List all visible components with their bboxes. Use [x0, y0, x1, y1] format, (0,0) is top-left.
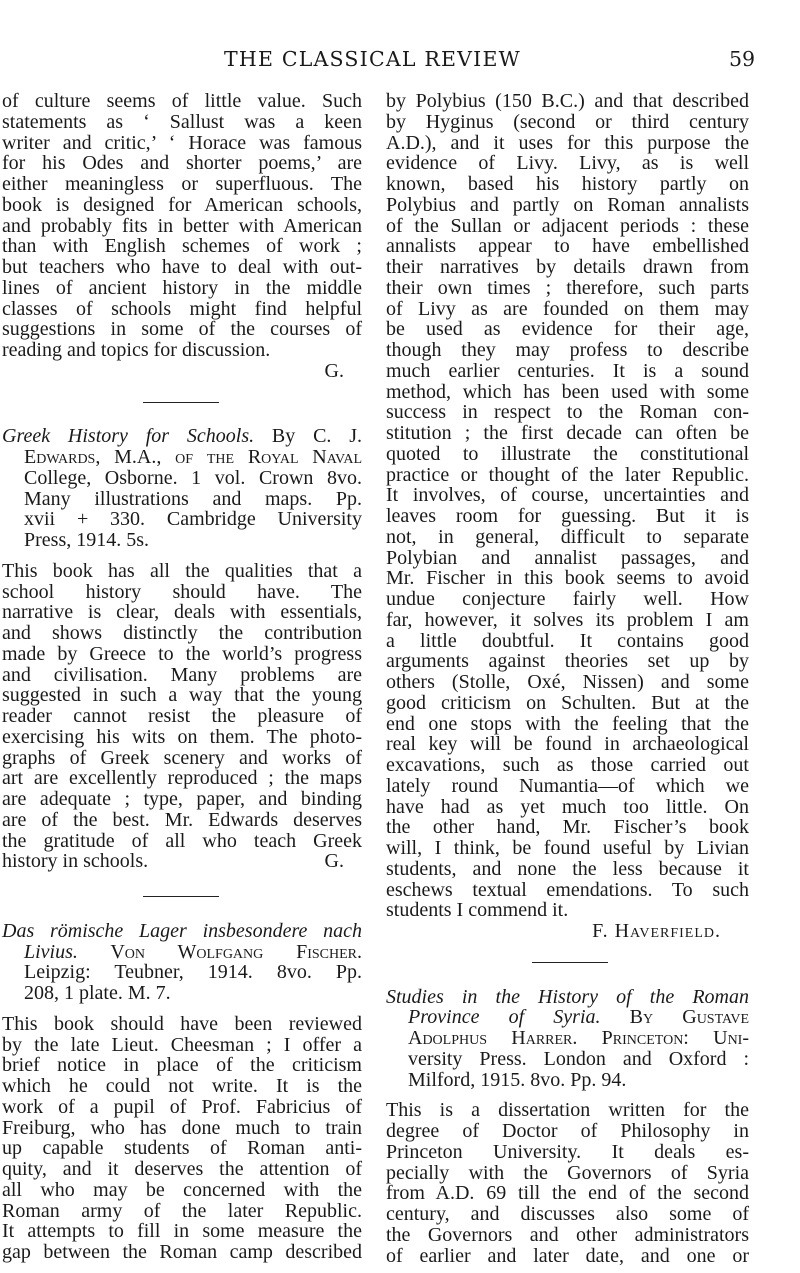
text-line: the gratitude of all who teach Greek	[2, 831, 362, 852]
section-divider	[2, 886, 362, 907]
reviewer-signature: G.	[2, 361, 362, 382]
text-line: others (Stolle, Oxé, Nissen) and some	[386, 672, 749, 693]
text-line: made by Greece to the world’s progress	[2, 644, 362, 665]
text-line: This book should have been reviewed	[2, 1014, 362, 1035]
text-line: suggestions in some of the courses of	[2, 319, 362, 340]
text-line: Roman army of the later Republic.	[2, 1201, 362, 1222]
text-line: graphs of Greek scenery and works of	[2, 748, 362, 769]
text-line: up capable students of Roman anti-	[2, 1138, 362, 1159]
text-line: excavations, such as those carried out	[386, 755, 749, 776]
review-body: This book should have been reviewed by t…	[2, 1014, 362, 1263]
text-line: and probably fits in better with America…	[2, 216, 362, 237]
text-line: Polybian and annalist passages, and	[386, 548, 749, 569]
text-line: and shows distinctly the contribution	[2, 623, 362, 644]
review-body: This book has all the qualities that a s…	[2, 561, 362, 872]
text-line: be used as evidence for their age,	[386, 319, 749, 340]
text-line: leaves room for guessing. But it is	[386, 506, 749, 527]
text-line: all who may be concerned with the	[2, 1180, 362, 1201]
book-title: Studies in the History of the Roman	[386, 987, 749, 1008]
review-heading: Greek History for Schools. By C. J. Edwa…	[2, 426, 362, 551]
text-line: Mr. Fischer in this book seems to avoid	[386, 568, 749, 589]
text-line: by Hyginus (second or third century	[386, 112, 749, 133]
heading-line: Milford, 1915. 8vo. Pp. 94.	[386, 1070, 749, 1091]
page-header: THE CLASSICAL REVIEW 59	[0, 47, 800, 77]
text-line: by the late Lieut. Cheesman ; I offer a	[2, 1035, 362, 1056]
text-line: quoted to illustrate the constitutional	[386, 444, 749, 465]
text-line: This is a dissertation written for the	[386, 1100, 749, 1121]
text-line: either meaningless or superfluous. The	[2, 174, 362, 195]
text-line: suggested in such a way that the young	[2, 685, 362, 706]
text-line: and civilisation. Many problems are	[2, 665, 362, 686]
text-line: method, which has been used with some	[386, 382, 749, 403]
text-line: Princeton University. It deals es-	[386, 1142, 749, 1163]
text-line: far, however, it solves its problem I am	[386, 610, 749, 631]
text-line: classes of schools might find helpful	[2, 299, 362, 320]
text-line: students, and none the less because it	[386, 859, 749, 880]
text-line: from A.D. 69 till the end of the second	[386, 1183, 749, 1204]
text-line: than with English schemes of work ;	[2, 236, 362, 257]
book-title: Das römische Lager insbesondere nach	[2, 921, 362, 942]
text-line: arguments against theories set up by	[386, 651, 749, 672]
text-line: will, I think, be found useful by Livian	[386, 838, 749, 859]
text-line: reader cannot resist the pleasure of	[2, 706, 362, 727]
text-line: students I commend it.	[386, 900, 749, 921]
text-line: pecially with the Governors of Syria	[386, 1163, 749, 1184]
running-title: THE CLASSICAL REVIEW	[224, 47, 521, 71]
text-line: stitution ; the first decade can often b…	[386, 423, 749, 444]
review-romische-lager-continued: by Polybius (150 B.C.) and that describe…	[386, 91, 749, 942]
heading-line: Livius. Von Wolfgang Fischer.	[2, 942, 362, 963]
text-line: have had as yet much too little. On	[386, 797, 749, 818]
text-line: narrative is clear, deals with essential…	[2, 602, 362, 623]
review-heading: Das römische Lager insbesondere nach Liv…	[2, 921, 362, 1004]
text-line: It involves, of course, uncertainties an…	[386, 485, 749, 506]
text-line: known, based his history partly on	[386, 174, 749, 195]
text-line: book is designed for American schools,	[2, 195, 362, 216]
right-column: by Polybius (150 B.C.) and that describe…	[386, 91, 749, 1266]
text-line: the Governors and other administrators	[386, 1225, 749, 1246]
heading-line: versity Press. London and Oxford :	[386, 1049, 749, 1070]
text-line: a little doubtful. It contains good	[386, 631, 749, 652]
heading-line: Press, 1914. 5s.	[2, 530, 362, 551]
heading-line: 208, 1 plate. M. 7.	[2, 983, 362, 1004]
continued-review-text: of culture seems of little value. Such s…	[2, 91, 362, 382]
text-line: century, and discusses also some of	[386, 1204, 749, 1225]
text-line: of the Sullan or adjacent periods : thes…	[386, 216, 749, 237]
text-line: by Polybius (150 B.C.) and that describe…	[386, 91, 749, 112]
text-line: are adequate ; type, paper, and binding	[2, 789, 362, 810]
section-divider	[2, 392, 362, 413]
review-body: This is a dissertation written for the d…	[386, 1100, 749, 1266]
text-line: statements as ‘ Sallust was a keen	[2, 112, 362, 133]
review-roman-syria: Studies in the History of the Roman Prov…	[386, 987, 749, 1267]
text-line: brief notice in place of the criticism	[2, 1055, 362, 1076]
text-line: eschews textual emendations. To such	[386, 880, 749, 901]
page-number: 59	[729, 47, 755, 71]
review-greek-history: Greek History for Schools. By C. J. Edwa…	[2, 426, 362, 872]
text-line: It attempts to fill in some measure the	[2, 1221, 362, 1242]
text-line: real key will be found in archaeological	[386, 734, 749, 755]
text-line: undue conjecture fairly well. How	[386, 589, 749, 610]
text-line: of culture seems of little value. Such	[2, 91, 362, 112]
text-line: end one stops with the feeling that the	[386, 714, 749, 735]
text-line: degree of Doctor of Philosophy in	[386, 1121, 749, 1142]
heading-line: Many illustrations and maps. Pp.	[2, 489, 362, 510]
text-line: which he could not write. It is the	[2, 1076, 362, 1097]
text-line: school history should have. The	[2, 582, 362, 603]
text-line: not, in general, difficult to separate	[386, 527, 749, 548]
text-line: the other hand, Mr. Fischer’s book	[386, 817, 749, 838]
text-line: of earlier and later date, and one or	[386, 1246, 749, 1267]
review-romische-lager: Das römische Lager insbesondere nach Liv…	[2, 921, 362, 1263]
text-line: lines of ancient history in the middle	[2, 278, 362, 299]
heading-line: Leipzig: Teubner, 1914. 8vo. Pp.	[2, 962, 362, 983]
text-line: good criticism on Schulten. But at the	[386, 693, 749, 714]
text-line: Polybius and partly on Roman annalists	[386, 195, 749, 216]
text-line: history in schools.G.	[2, 851, 362, 872]
text-line: success in respect to the Roman con-	[386, 402, 749, 423]
reviewer-signature: F. Haverfield.	[386, 921, 749, 942]
heading-line: Adolphus Harrer. Princeton: Uni-	[386, 1028, 749, 1049]
text-line: for his Odes and shorter poems,’ are	[2, 153, 362, 174]
text-line: evidence of Livy. Livy, as is well	[386, 153, 749, 174]
text-line: of Livy as are founded on them may	[386, 299, 749, 320]
text-line: work of a pupil of Prof. Fabricius of	[2, 1097, 362, 1118]
text-line: art are excellently reproduced ; the map…	[2, 768, 362, 789]
heading-line: Province of Syria. By Gustave	[386, 1007, 749, 1028]
text-line: though they may profess to describe	[386, 340, 749, 361]
book-title: Greek History for Schools.	[2, 425, 254, 447]
text-line: lately round Numantia—of which we	[386, 776, 749, 797]
text-line: practice or thought of the later Republi…	[386, 465, 749, 486]
text-line: reading and topics for discussion.	[2, 340, 362, 361]
text-line: much earlier centuries. It is a sound	[386, 361, 749, 382]
review-heading: Studies in the History of the Roman Prov…	[386, 987, 749, 1091]
heading-line: Edwards, M.A., of the Royal Naval	[2, 447, 362, 468]
text-line: exercising his wits on them. The photo-	[2, 727, 362, 748]
text-line: annalists appear to have embellished	[386, 236, 749, 257]
text-line: quity, and it deserves the attention of	[2, 1159, 362, 1180]
text-line: their narratives by details drawn from	[386, 257, 749, 278]
text-line: their own times ; therefore, such parts	[386, 278, 749, 299]
text-line: gap between the Roman camp described	[2, 1242, 362, 1263]
heading-line: xvii + 330. Cambridge University	[2, 509, 362, 530]
reviewer-signature: G.	[325, 851, 344, 872]
text-line: writer and critic,’ ‘ Horace was famous	[2, 133, 362, 154]
text-line: Freiburg, who has done much to train	[2, 1118, 362, 1139]
text-line: A.D.), and it uses for this purpose the	[386, 133, 749, 154]
text-line: are of the best. Mr. Edwards deserves	[2, 810, 362, 831]
text-line: This book has all the qualities that a	[2, 561, 362, 582]
heading-line: College, Osborne. 1 vol. Crown 8vo.	[2, 468, 362, 489]
text-line: but teachers who have to deal with out-	[2, 257, 362, 278]
left-column: of culture seems of little value. Such s…	[2, 91, 362, 1263]
section-divider	[386, 952, 749, 973]
